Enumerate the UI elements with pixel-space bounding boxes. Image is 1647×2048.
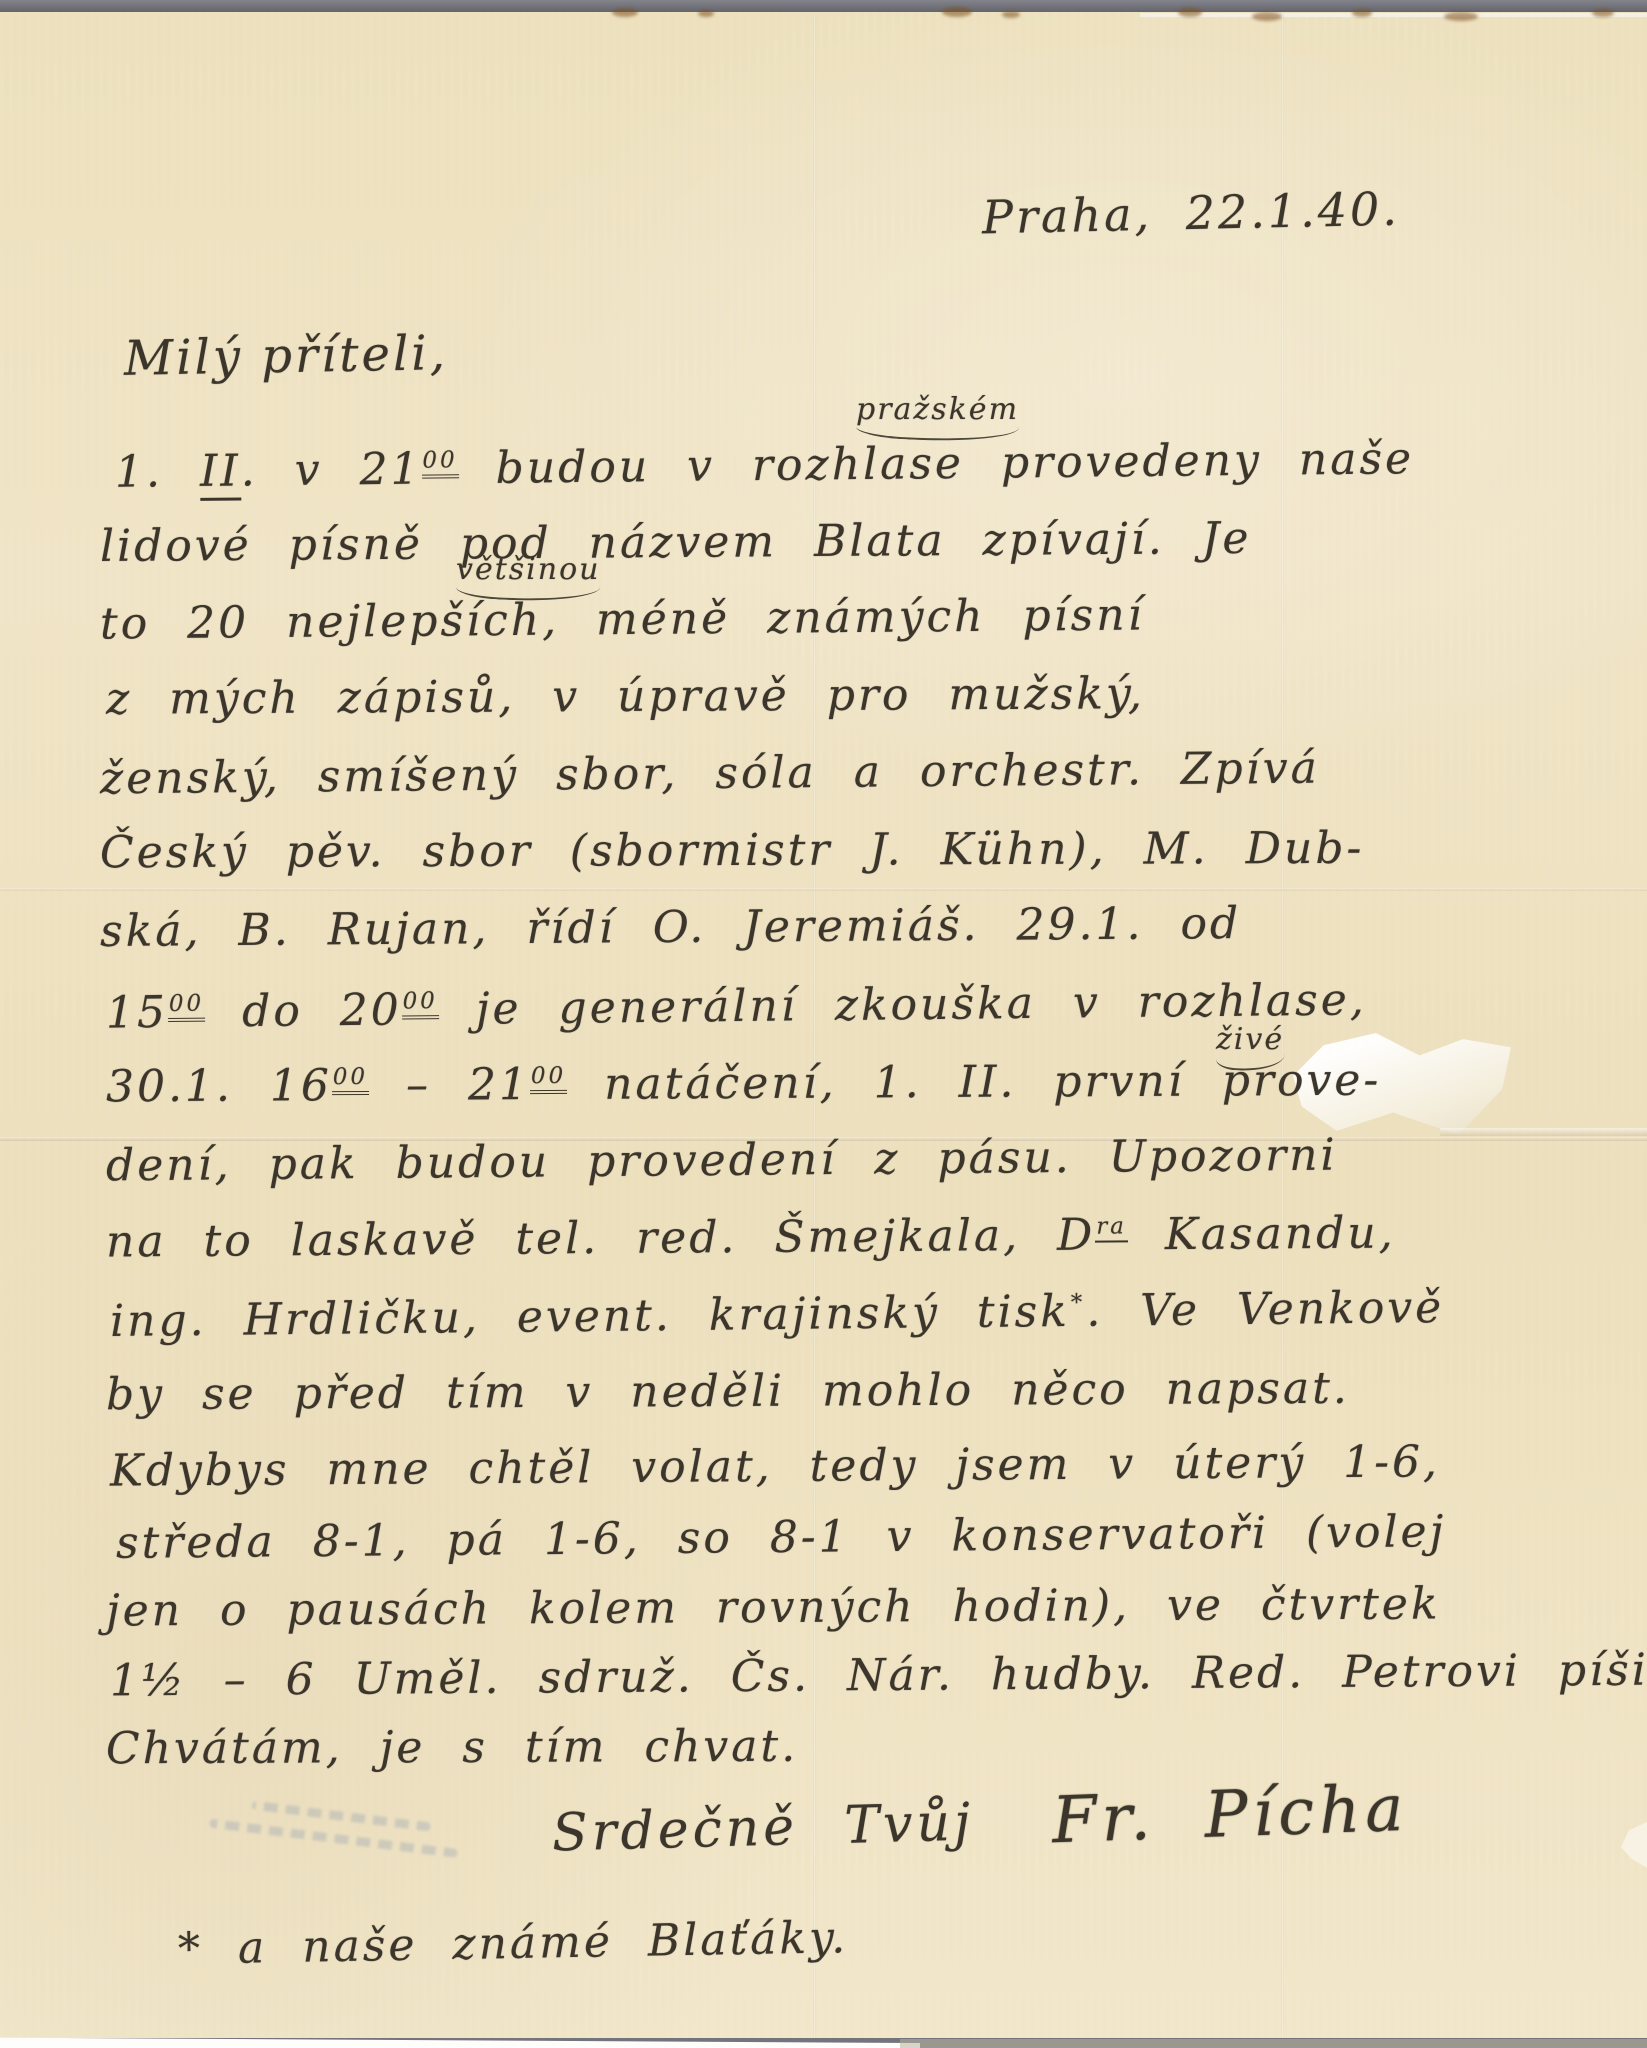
body-line-13: by se před tím v neděli mohlo něco napsa… — [106, 1363, 1350, 1421]
inserted-word-above-line-1: pražském — [856, 392, 1019, 441]
paper-stain — [698, 10, 714, 17]
paper-top-edge-highlight — [1140, 13, 1647, 17]
caret-swoosh-line — [1216, 1051, 1285, 1073]
body-line-18: Chvátám, je s tím chvat. — [106, 1721, 798, 1774]
salutation: Milý příteli, — [124, 325, 449, 387]
paper-tear-crease — [1440, 1128, 1647, 1136]
body-line-17: 1½ – 6 Uměl. sdruž. Čs. Nár. hudby. Red.… — [110, 1645, 1647, 1707]
inserted-word-above-line-3: většinou — [456, 552, 600, 601]
closing-phrase: Srdečně Tvůj — [551, 1792, 975, 1863]
body-line-6: Český pěv. sbor (sbormistr J. Kühn), M. … — [100, 823, 1364, 878]
letter-scan: Praha, 22.1.40. Milý příteli, 1. II. v 2… — [0, 0, 1647, 2048]
body-line-2: lidové písně pod názvem Blata zpívají. J… — [100, 513, 1252, 572]
paper-stain — [1002, 11, 1020, 18]
paper-stain — [942, 7, 972, 17]
body-line-11: na to laskavě tel. red. Šmejkala, Dra Ka… — [106, 1207, 1396, 1267]
body-line-9: 30.1. 1600 – 2100 natáčení, 1. II. první… — [106, 1055, 1382, 1113]
paper-stain — [1444, 12, 1478, 21]
paper-stain — [1352, 9, 1372, 17]
paper-stain — [1178, 8, 1202, 17]
body-line-4: z mých zápisů, v úpravě pro mužský, — [106, 668, 1145, 724]
paper-bottom-edge-shadow — [900, 2039, 1647, 2048]
body-line-16: jen o pausách kolem rovných hodin), ve č… — [106, 1579, 1441, 1637]
signature: Fr. Pícha — [1051, 1772, 1410, 1858]
paper-stain — [1592, 9, 1614, 17]
inserted-word-above-line-9: živé — [1216, 1022, 1284, 1071]
body-line-10: dení, pak budou provedení z pásu. Upozor… — [106, 1130, 1338, 1192]
body-line-3: to 20 nejlepších, méně známých písní — [100, 589, 1145, 649]
body-line-14: Kdybys mne chtěl volat, tedy jsem v úter… — [110, 1436, 1440, 1496]
body-line-7: ská, B. Rujan, řídí O. Jeremiáš. 29.1. o… — [100, 898, 1241, 957]
body-line-5: ženský, smíšený sbor, sóla a orchestr. Z… — [100, 743, 1320, 805]
paper-stain — [612, 8, 638, 17]
date-line: Praha, 22.1.40. — [981, 182, 1400, 245]
paper-stain — [1252, 12, 1282, 21]
